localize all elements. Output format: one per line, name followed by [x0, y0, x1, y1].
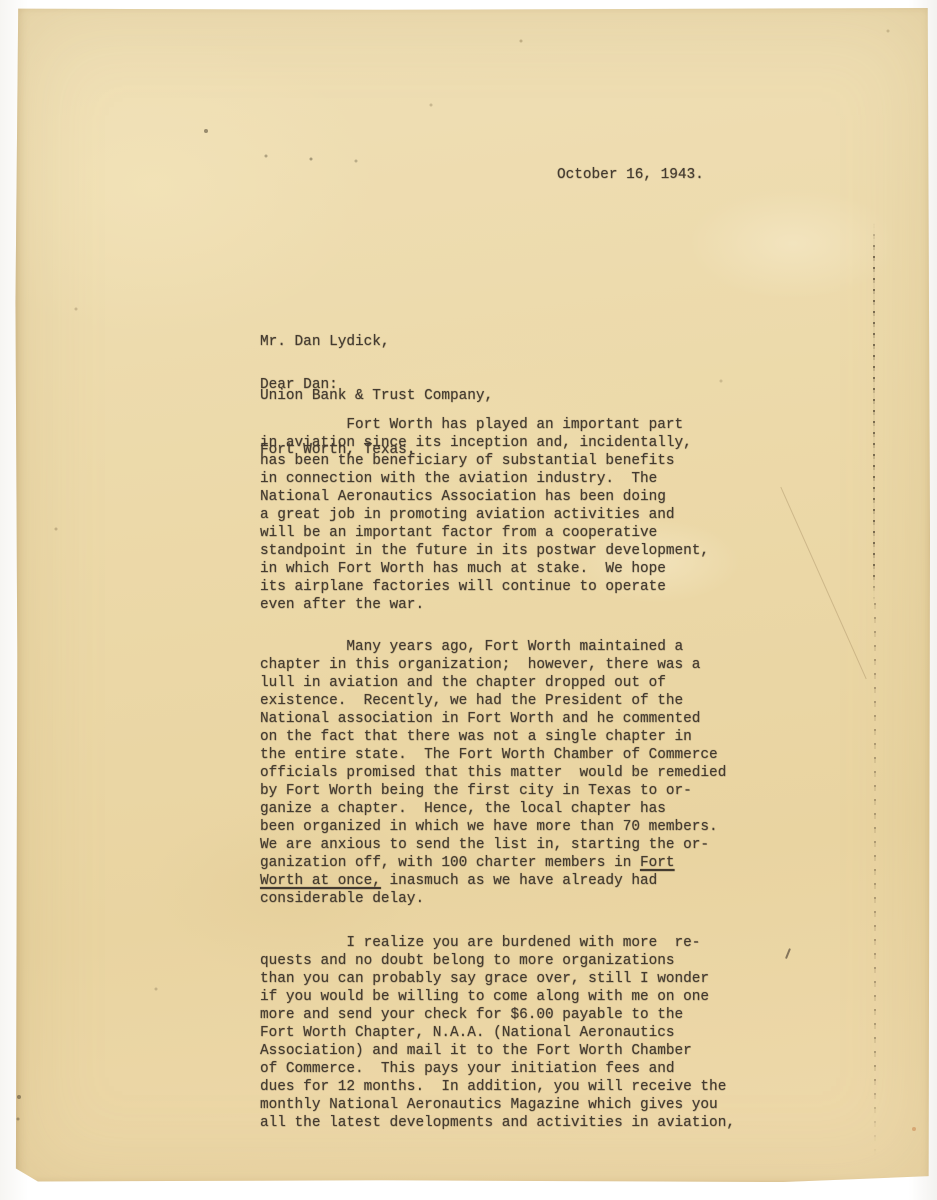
diagonal-crease: [780, 487, 866, 679]
letter-line: Association) and mail it to the Fort Wor…: [260, 1042, 735, 1060]
letter-line: chapter in this organization; however, t…: [260, 656, 726, 674]
letter-line: if you would be willing to come along wi…: [260, 988, 735, 1006]
letter-line: even after the war.: [260, 596, 709, 614]
scan-background: October 16, 1943. Mr. Dan Lydick, Union …: [0, 0, 937, 1200]
letter-line: has been the beneficiary of substantial …: [260, 452, 709, 470]
letter-line: on the fact that there was not a single …: [260, 728, 726, 746]
letter-line: been organized in which we have more tha…: [260, 818, 726, 836]
letter-line: in aviation since its inception and, inc…: [260, 434, 709, 452]
letter-line: in connection with the aviation industry…: [260, 470, 709, 488]
letter-page: October 16, 1943. Mr. Dan Lydick, Union …: [15, 8, 930, 1185]
letter-line: the entire state. The Fort Worth Chamber…: [260, 746, 726, 764]
pencil-tick-mark: [785, 948, 791, 959]
text-segment: ganization off, with 100 charter members…: [260, 855, 640, 871]
paper-specks: [15, 8, 17, 10]
text-segment: inasmuch as we have already had: [381, 873, 657, 889]
letter-line: than you can probably say grace over, st…: [260, 970, 735, 988]
letter-line: dues for 12 months. In addition, you wil…: [260, 1078, 735, 1096]
letter-line: officials promised that this matter woul…: [260, 764, 726, 782]
fold-crease-upper: [873, 223, 875, 603]
letter-line: monthly National Aeronautics Magazine wh…: [260, 1096, 735, 1114]
letter-line: National Aeronautics Association has bee…: [260, 488, 709, 506]
letter-line: Fort Worth has played an important part: [260, 416, 709, 434]
paragraph-1: Fort Worth has played an important parti…: [260, 416, 709, 614]
letter-line: Fort Worth Chapter, N.A.A. (National Aer…: [260, 1024, 735, 1042]
letter-line: will be an important factor from a coope…: [260, 524, 709, 542]
paragraph-2: Many years ago, Fort Worth maintained ac…: [260, 638, 726, 908]
letter-line: quests and no doubt belong to more organ…: [260, 952, 735, 970]
paragraph-3: I realize you are burdened with more re-…: [260, 934, 735, 1132]
letter-line: Many years ago, Fort Worth maintained a: [260, 638, 726, 656]
letter-line: ganize a chapter. Hence, the local chapt…: [260, 800, 726, 818]
letter-line: its airplane factories will continue to …: [260, 578, 709, 596]
letter-line: a great job in promoting aviation activi…: [260, 506, 709, 524]
letter-line: ganization off, with 100 charter members…: [260, 854, 726, 872]
recipient-name: Mr. Dan Lydick,: [260, 333, 493, 351]
letter-line: more and send your check for $6.00 payab…: [260, 1006, 735, 1024]
underlined-text: Worth at once,: [260, 873, 381, 889]
salutation: Dear Dan:: [260, 376, 338, 394]
letter-line: Worth at once, inasmuch as we have alrea…: [260, 872, 726, 890]
letter-line: by Fort Worth being the first city in Te…: [260, 782, 726, 800]
letter-line: We are anxious to send the list in, star…: [260, 836, 726, 854]
letter-line: existence. Recently, we had the Presiden…: [260, 692, 726, 710]
letter-date: October 16, 1943.: [557, 166, 704, 184]
letter-line: all the latest developments and activiti…: [260, 1114, 735, 1132]
letter-line: of Commerce. This pays your initiation f…: [260, 1060, 735, 1078]
letter-line: in which Fort Worth has much at stake. W…: [260, 560, 709, 578]
letter-line: I realize you are burdened with more re-: [260, 934, 735, 952]
letter-line: lull in aviation and the chapter dropped…: [260, 674, 726, 692]
underlined-text: Fort: [640, 855, 675, 871]
letter-line: considerable delay.: [260, 890, 726, 908]
letter-line: standpoint in the future in its postwar …: [260, 542, 709, 560]
letter-line: National association in Fort Worth and h…: [260, 710, 726, 728]
fold-crease-lower: [874, 603, 876, 1158]
